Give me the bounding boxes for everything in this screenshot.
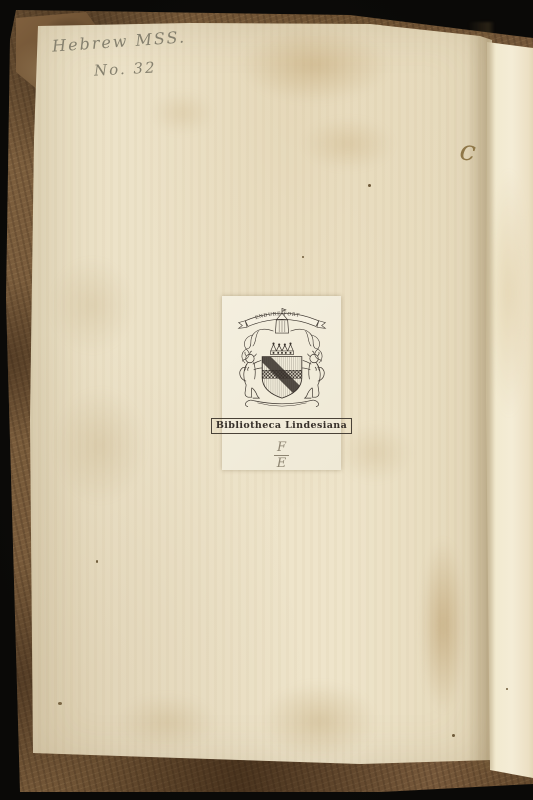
stain xyxy=(118,694,216,750)
speck xyxy=(368,184,371,187)
book-photograph: Hebrew MSS. No. 32 c xyxy=(0,0,533,800)
shelfmark-denominator: E xyxy=(274,456,289,470)
stain xyxy=(54,388,146,503)
speck xyxy=(302,256,304,258)
speck xyxy=(452,734,455,737)
speck xyxy=(96,560,98,563)
bookplate-label: ENDURE FORT xyxy=(222,296,341,470)
stain xyxy=(262,682,377,760)
shield xyxy=(262,357,302,399)
pencil-annotation-number: No. 32 xyxy=(94,58,157,79)
stain xyxy=(420,538,466,713)
coronet xyxy=(270,343,293,355)
stain xyxy=(50,258,134,353)
speck xyxy=(58,702,62,705)
stain xyxy=(302,118,394,170)
lion-supporter-left xyxy=(239,351,261,398)
stain xyxy=(489,168,529,418)
bookplate-library-name: Bibliotheca Lindesiana xyxy=(211,418,352,434)
crest-tent xyxy=(275,308,288,333)
coat-of-arms-engraving: ENDURE FORT xyxy=(226,300,338,417)
speck xyxy=(506,688,508,690)
lion-supporter-right xyxy=(301,351,323,398)
stain xyxy=(150,92,214,134)
pencil-shelfmark: F E xyxy=(274,441,289,470)
shelfmark-numerator: F xyxy=(274,441,289,456)
compartment-scroll xyxy=(245,400,318,407)
stain xyxy=(240,28,390,102)
